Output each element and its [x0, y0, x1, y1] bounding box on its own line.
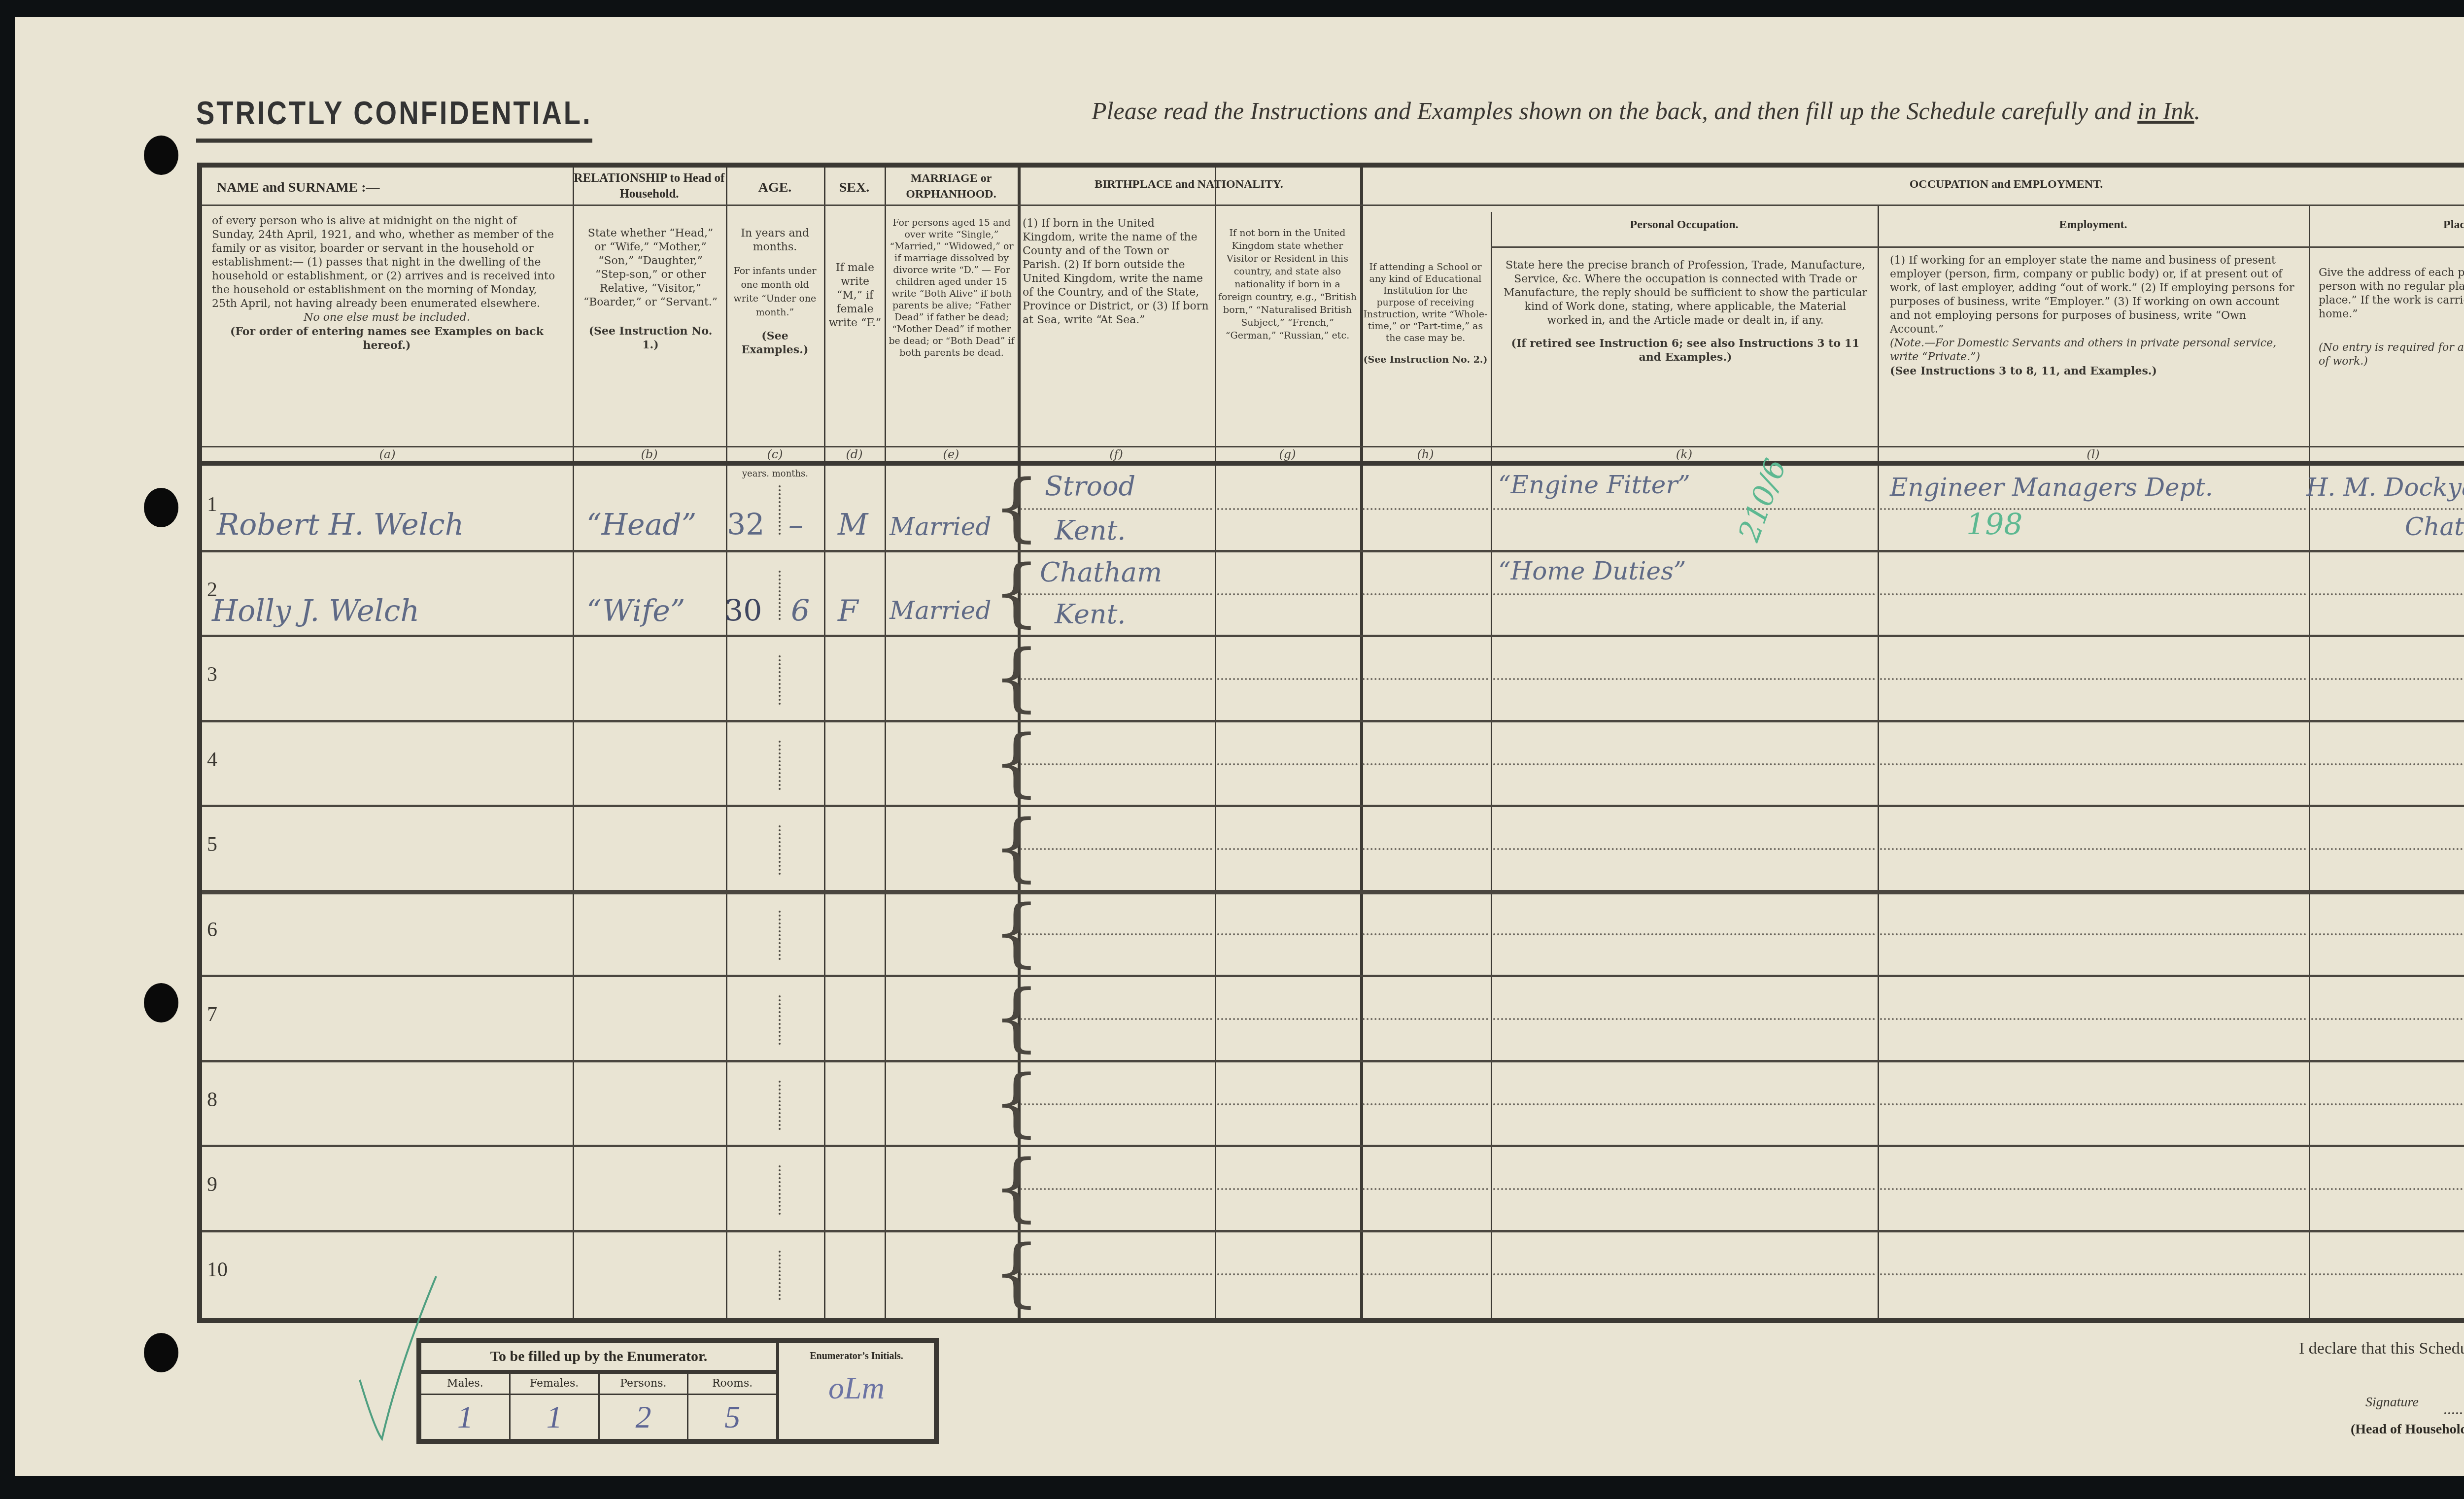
birthplace-county-field[interactable]: Kent.	[1055, 599, 1126, 630]
age-years-field[interactable]: 30	[724, 594, 762, 628]
marriage-instructions: For persons aged 15 and over write “Sing…	[888, 217, 1015, 359]
punch-hole	[144, 136, 178, 175]
row-number: 6	[207, 918, 217, 942]
name-field[interactable]: Robert H. Welch	[217, 508, 464, 542]
brace-icon: {	[993, 641, 1040, 715]
row-number: 1	[207, 493, 217, 516]
rooms-count-field[interactable]: 5	[688, 1395, 776, 1439]
name-instructions: of every person who is alive at midnight…	[212, 214, 562, 352]
marriage-field[interactable]: Married	[890, 596, 991, 625]
signature-label: Signature	[2365, 1395, 2419, 1410]
row-number: 9	[207, 1173, 217, 1196]
row-number: 5	[207, 833, 217, 856]
punch-hole	[144, 1333, 178, 1372]
brace-icon: {	[993, 556, 1040, 630]
declaration-text: I declare that this Schedule is correctl…	[2299, 1339, 2464, 1358]
brace-icon: {	[993, 726, 1040, 800]
row-number: 4	[207, 748, 217, 772]
age-instructions: In years and months. For infants under o…	[732, 227, 818, 357]
name-field[interactable]: Holly J. Welch	[212, 594, 419, 628]
brace-icon: {	[993, 811, 1040, 885]
brace-icon: {	[993, 1151, 1040, 1225]
birthplace-town-field[interactable]: Chatham	[1040, 557, 1162, 588]
brace-icon: {	[993, 981, 1040, 1055]
col-divider	[1491, 212, 1492, 1318]
persons-count-field[interactable]: 2	[600, 1395, 687, 1439]
place-instructions: Give the address of each person’s place …	[2319, 266, 2464, 369]
brace-icon: {	[993, 896, 1040, 970]
row-number: 10	[207, 1258, 228, 1282]
birthplace-instructions: (1) If born in the United Kingdom, write…	[1023, 217, 1210, 327]
birthplace-town-field[interactable]: Strood	[1045, 471, 1135, 502]
sex-field[interactable]: F	[838, 594, 858, 628]
birthplace-county-field[interactable]: Kent.	[1055, 515, 1126, 546]
age-months-field[interactable]: 6	[791, 594, 810, 628]
nationality-instructions: If not born in the United Kingdom state …	[1217, 227, 1358, 342]
confidential-title: STRICTLY CONFIDENTIAL.	[196, 94, 592, 132]
punch-hole	[144, 983, 178, 1022]
instructions-line: Please read the Instructions and Example…	[1092, 97, 2200, 125]
relationship-instructions: State whether “Head,” or “Wife,” “Mother…	[582, 227, 719, 352]
col-divider	[2309, 204, 2310, 1318]
marriage-field[interactable]: Married	[890, 512, 991, 541]
row-number: 8	[207, 1088, 217, 1112]
personal-occupation-instructions: State here the precise branch of Profess…	[1503, 259, 1868, 364]
sex-instructions: If male write “M,” if female write “F.”	[828, 261, 882, 330]
sex-field[interactable]: M	[838, 508, 868, 542]
employment-instructions: (1) If working for an employer state the…	[1890, 254, 2299, 378]
brace-icon: {	[993, 1236, 1040, 1310]
education-instructions: If attending a School or any kind of Edu…	[1363, 261, 1488, 366]
employment-field[interactable]: Engineer Managers Dept.	[1890, 473, 2213, 502]
enumerator-summary-box: To be filled up by the Enumerator. Males…	[416, 1338, 939, 1444]
enumerator-initials-field[interactable]: oLm	[779, 1370, 934, 1439]
row-number: 3	[207, 663, 217, 686]
brace-icon: {	[993, 471, 1040, 545]
employment-code: 198	[1966, 508, 2023, 542]
in-ink-emphasis: in Ink	[2137, 97, 2194, 125]
signature-note: (Head of Household, Manager of Establish…	[2351, 1422, 2464, 1437]
occupation-field[interactable]: “Home Duties”	[1498, 557, 1686, 585]
age-months-field[interactable]: –	[788, 508, 803, 542]
workplace-field[interactable]: H. M. Dockyard.	[2306, 473, 2464, 502]
occupation-field[interactable]: “Engine Fitter”	[1498, 471, 1690, 499]
punch-hole	[144, 488, 178, 527]
brace-icon: {	[993, 1066, 1040, 1140]
relationship-field[interactable]: “Head”	[586, 508, 696, 542]
relationship-field[interactable]: “Wife”	[586, 594, 685, 628]
col-divider	[1878, 204, 1879, 1318]
row-number: 7	[207, 1003, 217, 1026]
signature-line	[2444, 1412, 2464, 1414]
workplace-town-field[interactable]: Chatham	[2405, 512, 2464, 541]
females-count-field[interactable]: 1	[511, 1395, 598, 1439]
age-years-field[interactable]: 32	[727, 508, 764, 542]
males-count-field[interactable]: 1	[421, 1395, 509, 1439]
household-schedule-table: NAME and SURNAME :— RELATIONSHIP to Head…	[197, 163, 2464, 1323]
